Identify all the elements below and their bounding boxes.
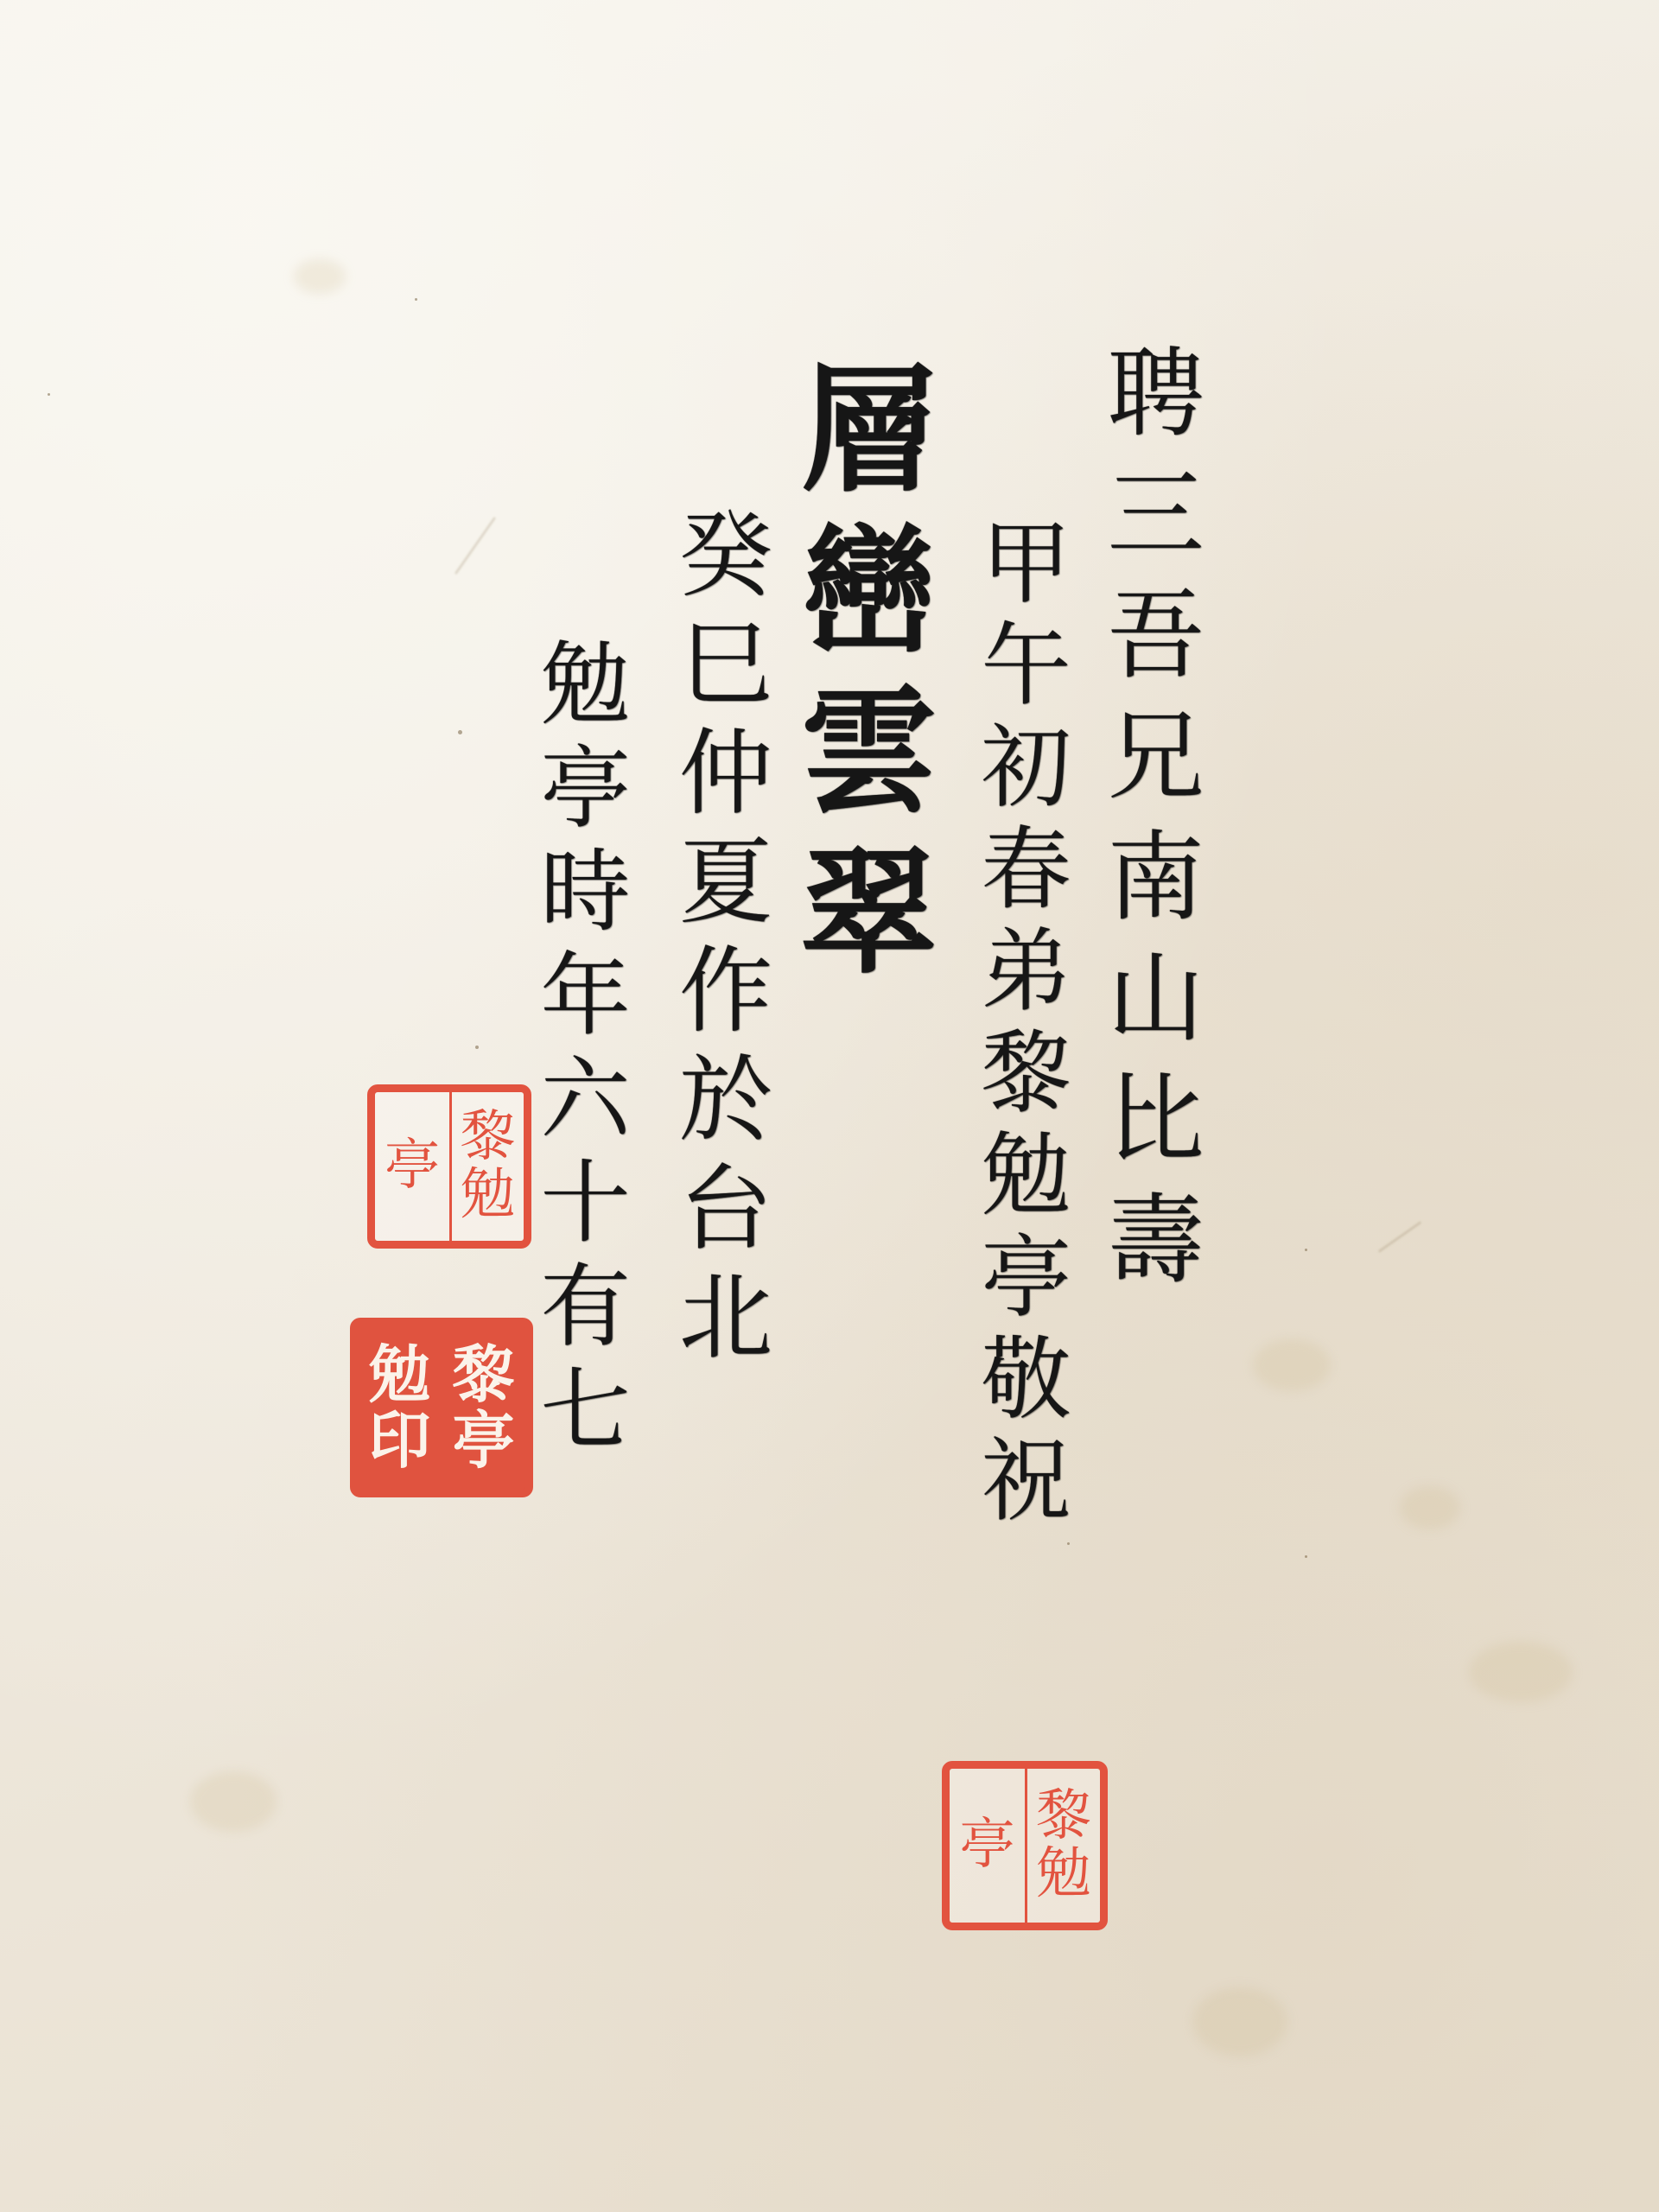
seal-char: 亭 [385,1137,440,1195]
seal-char: 勉 [1036,1846,1091,1904]
char: 甲 [981,518,1071,608]
char: 作 [679,945,772,1039]
seal-column: 黎 亭 [442,1325,525,1490]
column-title: 層 巒 雲 翠 [795,363,946,1006]
char: 南 [1108,829,1205,926]
title-char: 巒 [801,524,941,660]
char: 聘 [1108,346,1205,442]
char: 巳 [679,619,772,712]
char: 三 [1108,467,1205,563]
char: 吾 [1108,588,1205,684]
seal-char: 印 [368,1408,430,1473]
char: 敬 [981,1334,1071,1424]
char: 年 [540,950,630,1040]
title-char: 翠 [801,845,941,982]
seal-char: 勉 [368,1342,430,1408]
seal-char: 黎 [1036,1788,1091,1846]
seal-column: 勉 印 [358,1325,442,1490]
char: 北 [679,1272,772,1365]
seal-char: 勉 [461,1166,516,1224]
paper-stain [1469,1642,1573,1702]
char: 山 [1108,950,1205,1047]
seal-char: 黎 [461,1109,516,1166]
char: 祝 [981,1436,1071,1526]
char: 春 [981,824,1071,914]
title-char: 雲 [801,684,941,821]
paper-stain [190,1771,276,1832]
char: 台 [679,1163,772,1256]
column-date-place: 癸 巳 仲 夏 作 於 台 北 [674,510,778,1381]
char: 亭 [981,1232,1071,1322]
seal-char: 亭 [960,1816,1015,1874]
paper-stain [294,259,346,294]
paper-stain [1192,1987,1287,2056]
seal-char: 亭 [452,1408,514,1473]
char: 午 [981,620,1071,710]
char: 仲 [679,728,772,821]
char: 十 [540,1158,630,1248]
char: 兄 [1108,709,1205,805]
char: 比 [1108,1071,1205,1168]
char: 時 [540,847,630,937]
paper-speck [415,298,417,301]
char: 於 [679,1054,772,1147]
seal-char: 黎 [452,1342,514,1408]
char: 弟 [981,926,1071,1016]
paper-speck [1305,1555,1307,1558]
paper-stain [1253,1339,1331,1391]
char: 勉 [981,1130,1071,1220]
char: 壽 [1108,1192,1205,1289]
seal-column: 亭 [375,1092,449,1241]
seal-column: 亭 [950,1769,1025,1923]
paper-background [0,0,1659,2212]
seal-lower-left: 勉 印 黎 亭 [350,1318,533,1497]
char: 亭 [540,743,630,833]
paper-speck [475,1046,479,1049]
char: 勉 [540,639,630,729]
paper-speck [1067,1542,1070,1545]
paper-speck [1305,1249,1307,1251]
char: 六 [540,1054,630,1144]
title-char: 層 [801,363,941,499]
char: 初 [981,722,1071,812]
char: 黎 [981,1028,1071,1118]
column-signature: 甲 午 初 春 弟 黎 勉 亭 敬 祝 [976,518,1076,1538]
seal-column: 黎 勉 [449,1092,524,1241]
char: 癸 [679,510,772,603]
seal-column: 黎 勉 [1025,1769,1100,1923]
paper-speck [48,393,50,396]
char: 七 [540,1365,630,1455]
paper-stain [1400,1486,1460,1529]
column-age: 勉 亭 時 年 六 十 有 七 [536,639,635,1469]
seal-upper-left: 亭 黎 勉 [367,1084,531,1249]
char: 有 [540,1262,630,1351]
paper-speck [458,730,462,734]
seal-lower-right: 亭 黎 勉 [942,1761,1108,1930]
char: 夏 [679,836,772,930]
column-dedication: 聘 三 吾 兄 南 山 比 壽 [1102,346,1210,1313]
